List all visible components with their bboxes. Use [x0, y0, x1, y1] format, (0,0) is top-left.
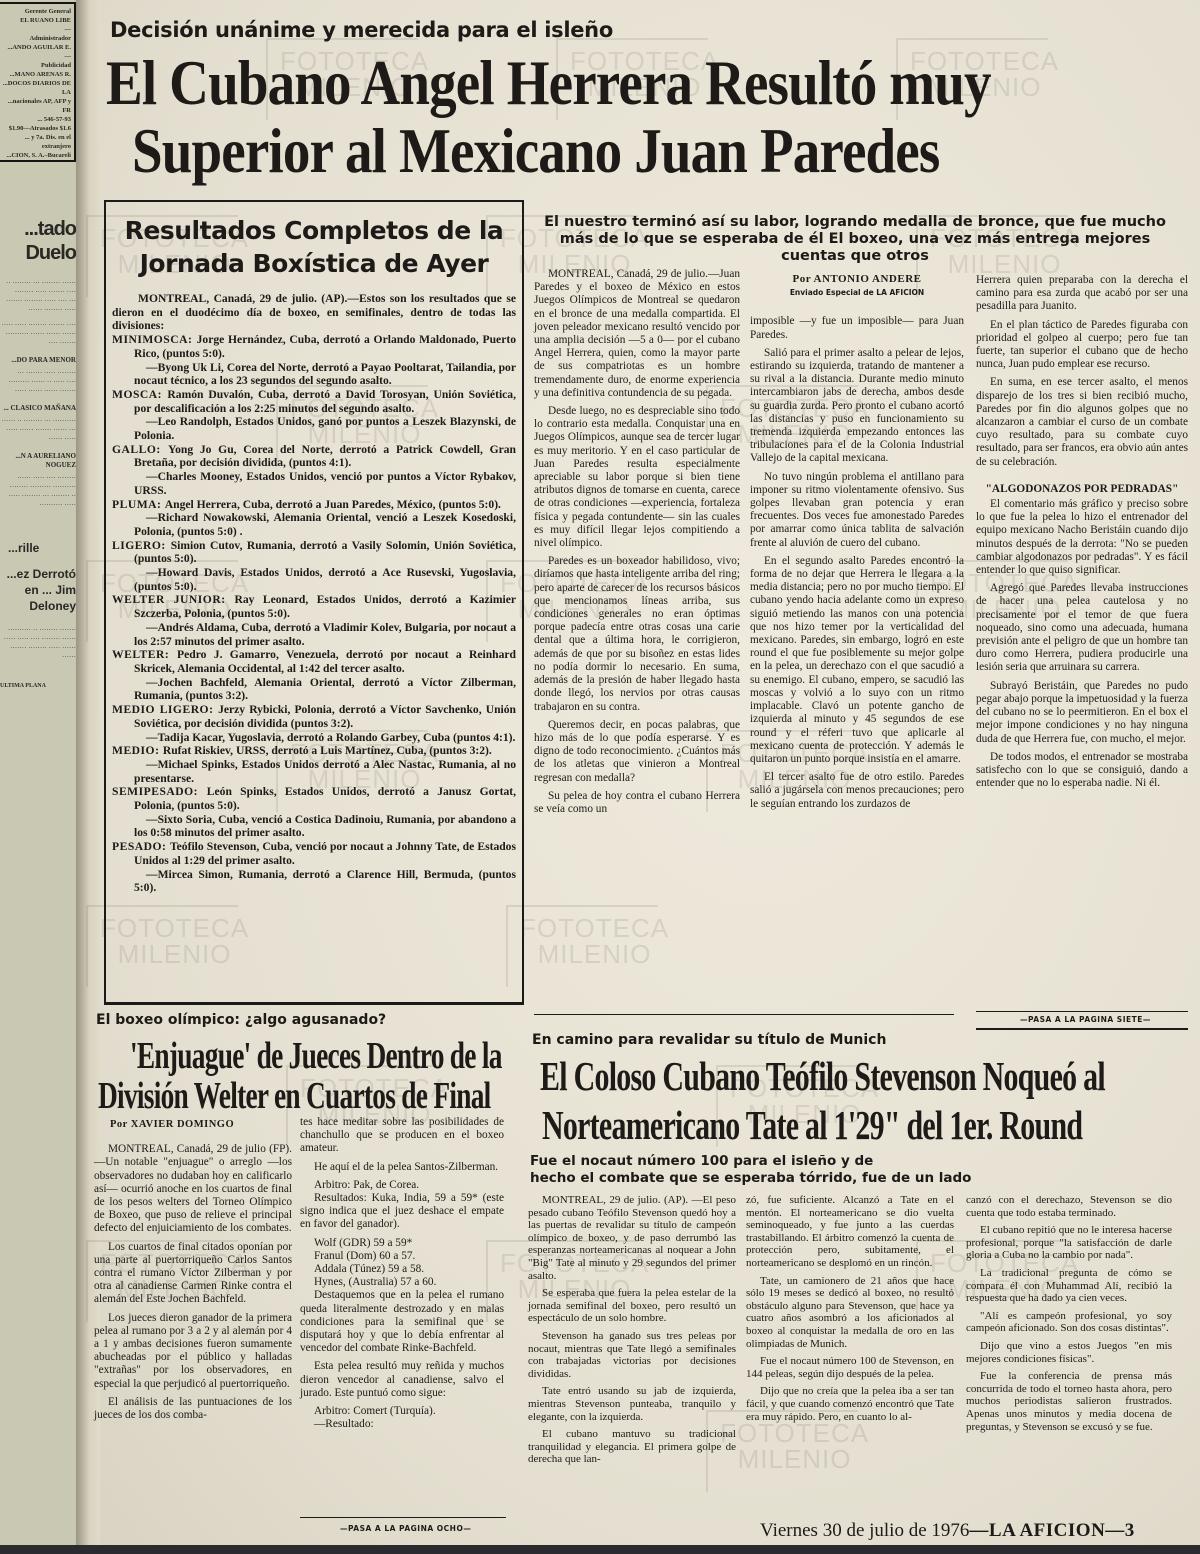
masthead-line: EL RUANO LIBE: [0, 16, 71, 25]
stevenson-story-column-3: canzó con el derechazo, Stevenson se dio…: [966, 1194, 1172, 1438]
main-story-column-3: Herrera quien preparaba con la derecha e…: [976, 274, 1188, 795]
paragraph: Fue la conferencia de prensa más concurr…: [966, 1370, 1172, 1433]
neighbor-subhead: ...DO PARA MENOR: [0, 356, 76, 365]
paragraph: En el segundo asalto Paredes encontró la…: [750, 555, 964, 766]
paragraph: Herrera quien preparaba con la derecha e…: [976, 274, 1188, 314]
neighbor-footer: ULTIMA PLANA: [0, 682, 76, 691]
result-entry: PESADO: Teófilo Stevenson, Cuba, venció …: [112, 840, 516, 867]
result-entry: —Michael Spinks, Estados Unidos derrotó …: [112, 758, 516, 785]
paragraph: canzó con el derechazo, Stevenson se dio…: [966, 1194, 1172, 1219]
neighbor-page-strip: Gerente GeneralEL RUANO LIBE—Administrad…: [0, 0, 76, 1554]
neighbor-text: ······ ·· ········ ··· ·········· ····· …: [0, 417, 76, 444]
welter-story-byline: Por XAVIER DOMINGO: [94, 1118, 292, 1131]
judge-score: Wolf (GDR) 59 a 59*: [300, 1237, 504, 1250]
paragraph: Stevenson ha ganado sus tres peleas por …: [528, 1330, 736, 1380]
result-entry: —Andrés Aldama, Cuba, derrotó a Vladimir…: [112, 621, 516, 648]
result-entry: WELTER: Pedro J. Gamarro, Venezuela, der…: [112, 648, 516, 675]
masthead-line: ...CION, S. A.–Bucareli: [0, 151, 71, 160]
folio-publication: —LA AFICION—: [969, 1520, 1124, 1541]
paragraph: El cubano mantuvo su tradicional tranqui…: [528, 1428, 736, 1466]
division-label: LIGERO:: [112, 539, 171, 552]
paragraph: imposible —y fue un imposible— para Juan…: [750, 315, 964, 341]
stevenson-story-deck: Fue el nocaut número 100 para el isleño …: [530, 1153, 971, 1187]
masthead-line: Gerente General: [0, 7, 71, 16]
main-story-headline-line2: Superior al Mexicano Juan Paredes: [132, 118, 939, 184]
result-entry: —Mircea Simon, Rumania, derrotó a Claren…: [112, 868, 516, 895]
neighbor-text: ··· ······· ····· ········ ········· ···…: [0, 369, 76, 396]
binding-edge: [0, 1545, 1200, 1554]
judge-score: Addala (Túnez) 59 a 58.: [300, 1263, 504, 1276]
division-label: SEMIPESADO:: [112, 785, 207, 798]
main-story-headline-line1: El Cubano Angel Herrera Resultó muy: [106, 50, 991, 116]
division-label: MEDIO:: [112, 744, 163, 757]
folio-date: Viernes 30 de julio de 1976: [760, 1520, 969, 1541]
paragraph: Subrayó Beristáin, que Paredes no pudo p…: [976, 680, 1188, 746]
result-entry: —Byong Uk Li, Corea del Norte, derrotó a…: [112, 361, 516, 388]
masthead-line: $1.90—Atrasados $1.6: [0, 124, 71, 133]
masthead-line: ... 546-57-93: [0, 115, 71, 124]
paragraph: El tercer asalto fue de otro estilo. Par…: [750, 771, 964, 811]
paragraph: Tate entró usando su jab de izquierda, m…: [528, 1385, 736, 1423]
neighbor-text: ·· ········ ··· ········ ······ ········…: [0, 279, 76, 315]
paragraph: MONTREAL, Canadá, 29 de julio (FP).—Un n…: [94, 1143, 292, 1235]
neighbor-headline: ...tado Duelo: [0, 217, 76, 265]
judge-score: Hynes, (Australia) 57 a 60.: [300, 1276, 504, 1289]
main-story-column-2: Por ANTONIO ANDERE Enviado Especial de L…: [750, 273, 964, 816]
result-entry: MOSCA: Ramón Duvalón, Cuba, derrotó a Da…: [112, 388, 516, 415]
results-list: MONTREAL, Canadá, 29 de julio. (AP).—Est…: [112, 292, 516, 895]
main-story-subhead: "ALGODONAZOS POR PEDRADAS": [976, 483, 1188, 496]
paragraph: Desde luego, no es despreciable sino tod…: [534, 405, 740, 550]
paragraph: "Alí es campeón profesional, yo soy camp…: [966, 1310, 1172, 1335]
results-box-title: Resultados Completos de la Jornada Boxís…: [106, 214, 522, 280]
stevenson-story-headline-line1: El Coloso Cubano Teófilo Stevenson Noque…: [540, 1055, 1105, 1098]
paragraph: En el plan táctico de Paredes figuraba c…: [976, 319, 1188, 372]
main-story-deck: El nuestro terminó así su labor, logrand…: [540, 214, 1170, 265]
result-entry: SEMIPESADO: León Spinks, Estados Unidos,…: [112, 785, 516, 812]
result-entry: MINIMOSCA: Jorge Hernández, Cuba, derrot…: [112, 333, 516, 360]
masthead-line: —: [0, 25, 71, 34]
masthead-line: ...MANO ARENAS R.: [0, 70, 71, 79]
result-entry: —Jochen Bachfeld, Alemania Oriental, der…: [112, 676, 516, 703]
masthead-line: ... y 7a. Dis. en el extranjero: [0, 133, 71, 151]
folio-page-number: 3: [1125, 1520, 1135, 1541]
result-entry: MEDIO LIGERO: Jerzy Rybicki, Polonia, de…: [112, 703, 516, 730]
paragraph: Fue el nocaut número 100 de Stevenson, e…: [746, 1355, 954, 1380]
paragraph: Salió para el primer asalto a pelear de …: [750, 347, 964, 466]
division-label: MINIMOSCA:: [112, 333, 197, 346]
division-label: MOSCA:: [112, 388, 167, 401]
masthead-line: ...ANDO AGUILAR E.: [0, 43, 71, 52]
paragraph: Agregó que Paredes llevaba instrucciones…: [976, 582, 1188, 674]
results-intro: MONTREAL, Canadá, 29 de julio. (AP).—Est…: [112, 292, 516, 333]
jump-line-page-eight[interactable]: —PASA A LA PAGINA OCHO—: [340, 1524, 471, 1533]
division-label: GALLO:: [112, 443, 168, 456]
masthead-line: ...DOCOS DIARIOS DE LA: [0, 79, 71, 97]
results-box: Resultados Completos de la Jornada Boxís…: [104, 200, 524, 1005]
neighbor-text: ·········· ·· ········ ······· ····· ···…: [0, 626, 76, 662]
welter-story-headline-line2: División Welter en Cuartos de Final: [98, 1076, 491, 1116]
paragraph: Su pelea de hoy contra el cubano Herrera…: [534, 790, 740, 816]
welter-story-headline-line1: 'Enjuague' de Jueces Dentro de la: [130, 1036, 502, 1076]
paragraph: De todos modos, el entrenador se mostrab…: [976, 751, 1188, 791]
main-story-kicker: Decisión unánime y merecida para el isle…: [110, 18, 613, 42]
division-label: WELTER:: [112, 648, 177, 661]
stevenson-story-column-1: MONTREAL, 29 de julio. (AP). —El peso pe…: [528, 1194, 736, 1471]
result-entry: —Tadija Kacar, Yugoslavia, derrotó a Rol…: [112, 731, 516, 745]
paragraph: No tuvo ningún problema el antillano par…: [750, 471, 964, 550]
stevenson-story-kicker: En camino para revalidar su título de Mu…: [532, 1032, 886, 1048]
neighbor-text: ······ ····· ···· ········ ········ ····…: [0, 474, 76, 510]
paragraph: MONTREAL, Canadá, 29 de julio.—Juan Pare…: [534, 268, 740, 400]
divider: [976, 1028, 1188, 1030]
welter-story-column-2: tes hace meditar sobre las posibilidades…: [300, 1116, 504, 1436]
paragraph: Paredes es un boxeador habilidoso, vivo;…: [534, 555, 740, 713]
division-label: WELTER JUNIOR:: [112, 593, 234, 606]
masthead-line: Administrador: [0, 34, 71, 43]
neighbor-subhead: ... CLASICO MAÑANA: [0, 404, 76, 413]
main-story-column-1: MONTREAL, Canadá, 29 de julio.—Juan Pare…: [534, 268, 740, 821]
paragraph: El análisis de las puntuaciones de los j…: [94, 1396, 292, 1422]
paragraph: MONTREAL, 29 de julio. (AP). —El peso pe…: [528, 1194, 736, 1282]
result-entry: PLUMA: Angel Herrera, Cuba, derrotó a Ju…: [112, 498, 516, 512]
masthead-line: —: [0, 52, 71, 61]
stevenson-story-headline-line2: Norteamericano Tate al 1'29" del 1er. Ro…: [542, 1104, 1082, 1147]
result-entry: —Richard Nowakowski, Alemania Oriental, …: [112, 511, 516, 538]
neighbor-subhead: ...N A AURELIANO NOGUEZ: [0, 452, 76, 470]
paragraph: En suma, en ese tercer asalto, el menos …: [976, 376, 1188, 468]
watermark: FOTOTECAMILENIO: [520, 915, 669, 967]
judge-score: Franul (Dom) 60 a 57.: [300, 1250, 504, 1263]
paragraph: Los cuartos de final citados oponían por…: [94, 1241, 292, 1307]
paragraph: Los jueces dieron ganador de la primera …: [94, 1312, 292, 1391]
main-story-byline: Por ANTONIO ANDERE Enviado Especial de L…: [750, 273, 964, 299]
result-entry: —Leo Randolph, Estados Unidos, ganó por …: [112, 415, 516, 442]
masthead-line: ...nacionales AP, AFP y FR: [0, 97, 71, 115]
paragraph: La tradicional pregunta de cómo se compa…: [966, 1267, 1172, 1305]
page-folio: Viernes 30 de julio de 1976—LA AFICION—3: [760, 1520, 1135, 1542]
paragraph: Se esperaba que fuera la pelea estelar d…: [528, 1287, 736, 1325]
paragraph: El comentario más gráfico y preciso sobr…: [976, 498, 1188, 577]
result-entry: MEDIO: Rufat Riskiev, URSS, derrotó a Lu…: [112, 744, 516, 758]
stevenson-story-column-2: zó, fue suficiente. Alcanzó a Tate en el…: [746, 1194, 954, 1428]
welter-story-column-1: Por XAVIER DOMINGO MONTREAL, Canadá, 29 …: [94, 1118, 292, 1427]
paragraph: Tate, un camionero de 21 años que hace s…: [746, 1275, 954, 1351]
division-label: PLUMA:: [112, 498, 165, 511]
result-entry: —Charles Mooney, Estados Unidos, venció …: [112, 470, 516, 497]
neighbor-masthead: Gerente GeneralEL RUANO LIBE—Administrad…: [0, 2, 76, 162]
division-label: PESADO:: [112, 840, 170, 853]
division-label: MEDIO LIGERO:: [112, 703, 218, 716]
neighbor-text: ····· ····· ········ ······· ···· ······…: [0, 321, 76, 348]
result-entry: —Sixto Soria, Cuba, venció a Costica Dad…: [112, 813, 516, 840]
paragraph: Dijo que vino a estos Juegos "en mis mej…: [966, 1340, 1172, 1365]
masthead-line: Publicidad: [0, 61, 71, 70]
divider: [976, 1011, 1188, 1012]
neighbor-kicker: ...rille: [0, 540, 76, 556]
newspaper-page: FOTOTECAMILENIO FOTOTECAMILENIO FOTOTECA…: [100, 0, 1200, 1554]
result-entry: WELTER JUNIOR: Ray Leonard, Estados Unid…: [112, 593, 516, 620]
divider: [534, 1014, 954, 1015]
paragraph: Dijo que no creía que la pelea iba a ser…: [746, 1385, 954, 1423]
judges-scores: Wolf (GDR) 59 a 59*Franul (Dom) 60 a 57.…: [300, 1237, 504, 1290]
paragraph: Queremos decir, en pocas palabras, que h…: [534, 719, 740, 785]
neighbor-headline-2: ...ez Derrotó en ... Jim Deloney: [0, 566, 76, 614]
paragraph: El cubano repitió que no le interesa hac…: [966, 1224, 1172, 1262]
welter-story-kicker: El boxeo olímpico: ¿algo agusanado?: [96, 1012, 386, 1028]
result-entry: —Howard Davis, Estados Unidos, derrotó a…: [112, 566, 516, 593]
paragraph: zó, fue suficiente. Alcanzó a Tate en el…: [746, 1194, 954, 1270]
result-entry: GALLO: Yong Jo Gu, Corea del Norte, derr…: [112, 443, 516, 470]
result-entry: LIGERO: Simion Cutov, Rumania, derrotó a…: [112, 539, 516, 566]
jump-line-page-seven[interactable]: —PASA A LA PAGINA SIETE—: [1020, 1015, 1151, 1024]
divider: [300, 1517, 506, 1518]
